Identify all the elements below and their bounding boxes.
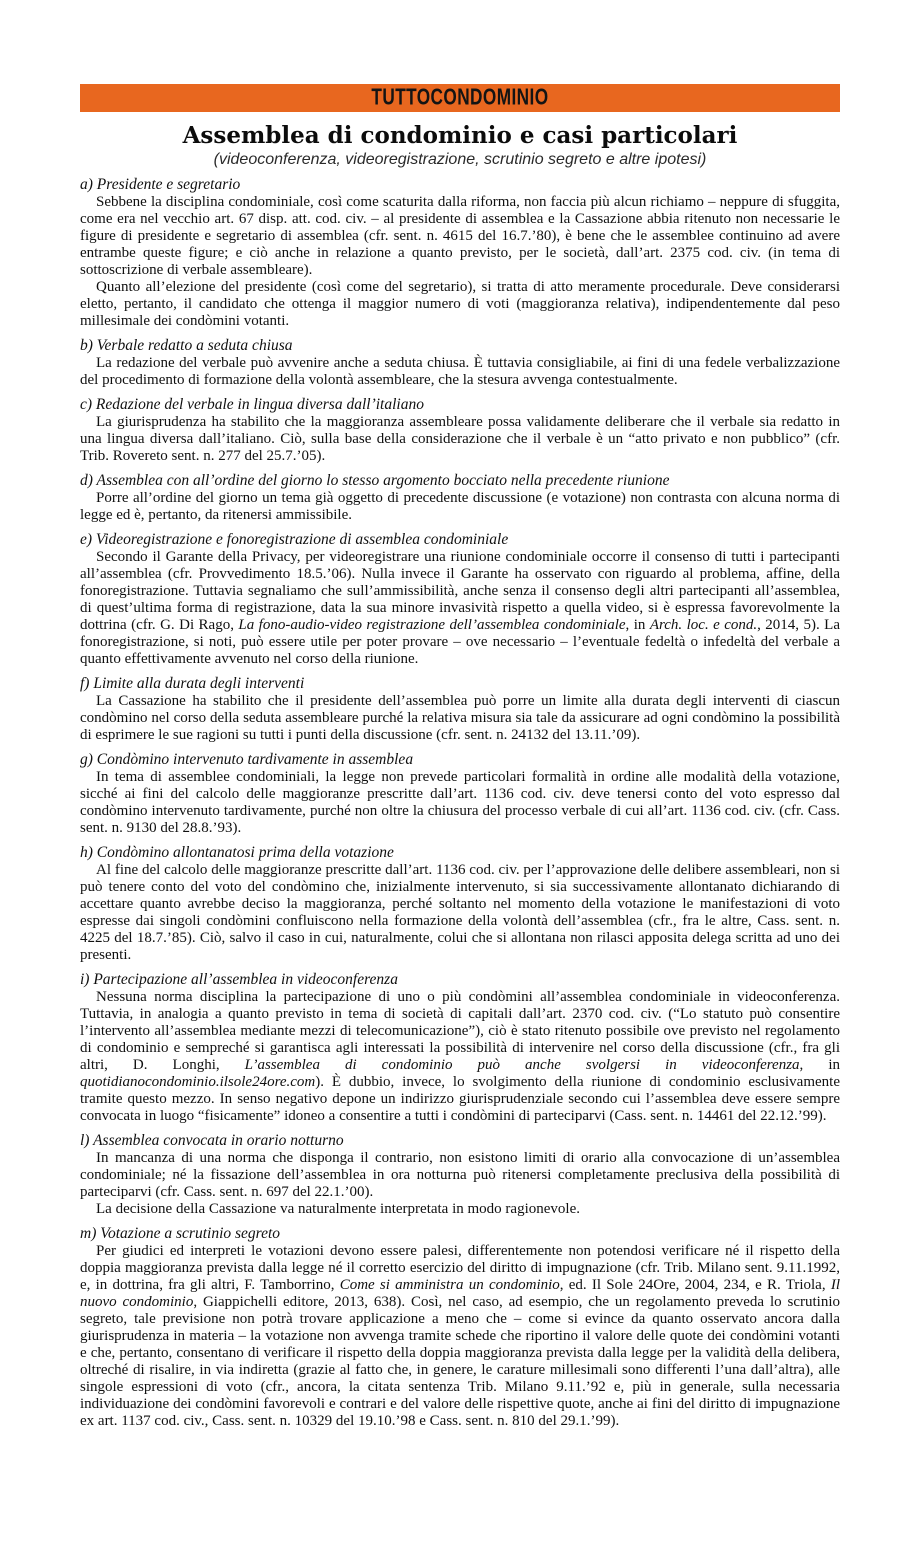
paragraph: In tema di assemblee condominiali, la le… bbox=[80, 769, 840, 837]
section: e) Videoregistrazione e fonoregistrazion… bbox=[80, 531, 840, 668]
section-heading-text: Verbale redatto a seduta chiusa bbox=[97, 337, 293, 354]
section-heading: m) Votazione a scrutinio segreto bbox=[80, 1225, 840, 1242]
section-letter: l) bbox=[80, 1132, 89, 1149]
paragraph: In mancanza di una norma che disponga il… bbox=[80, 1150, 840, 1201]
section-heading-text: Condòmino allontanatosi prima della vota… bbox=[97, 844, 394, 861]
banner: TUTTOCONDOMINIO bbox=[80, 84, 840, 112]
section-heading-text: Presidente e segretario bbox=[97, 176, 240, 193]
paragraph: Nessuna norma disciplina la partecipazio… bbox=[80, 989, 840, 1125]
section: d) Assemblea con all’ordine del giorno l… bbox=[80, 472, 840, 524]
section-heading: f) Limite alla durata degli interventi bbox=[80, 675, 840, 692]
section: a) Presidente e segretario Sebbene la di… bbox=[80, 176, 840, 330]
text-run: , in bbox=[800, 1057, 840, 1073]
section-heading-text: Votazione a scrutinio segreto bbox=[100, 1225, 280, 1242]
section: i) Partecipazione all’assemblea in video… bbox=[80, 971, 840, 1125]
section-letter: c) bbox=[80, 396, 92, 413]
text-run: La redazione del verbale può avvenire an… bbox=[80, 355, 840, 388]
paragraph: Quanto all’elezione del presidente (così… bbox=[80, 279, 840, 330]
paragraph: Per giudici ed interpreti le votazioni d… bbox=[80, 1243, 840, 1430]
text-run: , Giappichelli editore, 2013, 638). Così… bbox=[80, 1294, 840, 1429]
article-body: a) Presidente e segretario Sebbene la di… bbox=[80, 176, 840, 1430]
section-letter: h) bbox=[80, 844, 93, 861]
section-letter: i) bbox=[80, 971, 89, 988]
section-heading-text: Redazione del verbale in lingua diversa … bbox=[96, 396, 424, 413]
text-run: La giurisprudenza ha stabilito che la ma… bbox=[80, 414, 840, 464]
section-heading-text: Partecipazione all’assemblea in videocon… bbox=[93, 971, 398, 988]
citation-italic: L’assemblea di condominio può anche svol… bbox=[245, 1057, 800, 1073]
paragraph: La redazione del verbale può avvenire an… bbox=[80, 355, 840, 389]
paragraph: Porre all’ordine del giorno un tema già … bbox=[80, 490, 840, 524]
section-heading-text: Assemblea convocata in orario notturno bbox=[93, 1132, 344, 1149]
section-heading: c) Redazione del verbale in lingua diver… bbox=[80, 396, 840, 413]
section: b) Verbale redatto a seduta chiusa La re… bbox=[80, 337, 840, 389]
citation-italic: La fono-audio-video registrazione dell’a… bbox=[238, 617, 625, 633]
section: h) Condòmino allontanatosi prima della v… bbox=[80, 844, 840, 964]
section-letter: f) bbox=[80, 675, 89, 692]
section-heading-text: Condòmino intervenuto tardivamente in as… bbox=[97, 751, 413, 768]
section-heading: i) Partecipazione all’assemblea in video… bbox=[80, 971, 840, 988]
section-heading: a) Presidente e segretario bbox=[80, 176, 840, 193]
text-run: La Cassazione ha stabilito che il presid… bbox=[80, 693, 840, 743]
paragraph: Sebbene la disciplina condominiale, così… bbox=[80, 194, 840, 279]
section-letter: b) bbox=[80, 337, 93, 354]
citation-italic: quotidianocondominio.ilsole24ore.com bbox=[80, 1074, 315, 1090]
text-run: In mancanza di una norma che disponga il… bbox=[80, 1150, 840, 1200]
text-run: Quanto all’elezione del presidente (così… bbox=[80, 279, 840, 329]
section-letter: m) bbox=[80, 1225, 96, 1242]
section-heading: h) Condòmino allontanatosi prima della v… bbox=[80, 844, 840, 861]
section-heading: d) Assemblea con all’ordine del giorno l… bbox=[80, 472, 840, 489]
section-heading-text: Assemblea con all’ordine del giorno lo s… bbox=[97, 472, 670, 489]
text-run: Sebbene la disciplina condominiale, così… bbox=[80, 194, 840, 278]
section-heading: g) Condòmino intervenuto tardivamente in… bbox=[80, 751, 840, 768]
citation-italic: Arch. loc. e cond. bbox=[650, 617, 757, 633]
section: m) Votazione a scrutinio segreto Per giu… bbox=[80, 1225, 840, 1430]
paragraph: La decisione della Cassazione va natural… bbox=[80, 1201, 840, 1218]
article-subtitle: (videoconferenza, videoregistrazione, sc… bbox=[80, 150, 840, 169]
text-run: , in bbox=[626, 617, 650, 633]
text-run: Porre all’ordine del giorno un tema già … bbox=[80, 490, 840, 523]
text-run: La decisione della Cassazione va natural… bbox=[96, 1201, 580, 1217]
document-page: TUTTOCONDOMINIO Assemblea di condominio … bbox=[80, 0, 840, 1430]
paragraph: La Cassazione ha stabilito che il presid… bbox=[80, 693, 840, 744]
text-run: In tema di assemblee condominiali, la le… bbox=[80, 769, 840, 836]
section-heading-text: Videoregistrazione e fonoregistrazione d… bbox=[96, 531, 508, 548]
section: l) Assemblea convocata in orario notturn… bbox=[80, 1132, 840, 1218]
section: g) Condòmino intervenuto tardivamente in… bbox=[80, 751, 840, 837]
section-heading: b) Verbale redatto a seduta chiusa bbox=[80, 337, 840, 354]
paragraph: Secondo il Garante della Privacy, per vi… bbox=[80, 549, 840, 668]
section-letter: d) bbox=[80, 472, 93, 489]
section: c) Redazione del verbale in lingua diver… bbox=[80, 396, 840, 465]
section-heading-text: Limite alla durata degli interventi bbox=[93, 675, 304, 692]
text-run: , ed. Il Sole 24Ore, 2004, 234, e R. Tri… bbox=[560, 1277, 831, 1293]
paragraph: Al fine del calcolo delle maggioranze pr… bbox=[80, 862, 840, 964]
section: f) Limite alla durata degli interventi L… bbox=[80, 675, 840, 744]
banner-title: TUTTOCONDOMINIO bbox=[371, 83, 548, 113]
paragraph: La giurisprudenza ha stabilito che la ma… bbox=[80, 414, 840, 465]
text-run: Al fine del calcolo delle maggioranze pr… bbox=[80, 862, 840, 963]
article-title: Assemblea di condominio e casi particola… bbox=[80, 123, 840, 149]
citation-italic: Come si amministra un condominio bbox=[340, 1277, 560, 1293]
section-letter: g) bbox=[80, 751, 93, 768]
section-letter: e) bbox=[80, 531, 92, 548]
section-heading: l) Assemblea convocata in orario notturn… bbox=[80, 1132, 840, 1149]
section-heading: e) Videoregistrazione e fonoregistrazion… bbox=[80, 531, 840, 548]
section-letter: a) bbox=[80, 176, 93, 193]
